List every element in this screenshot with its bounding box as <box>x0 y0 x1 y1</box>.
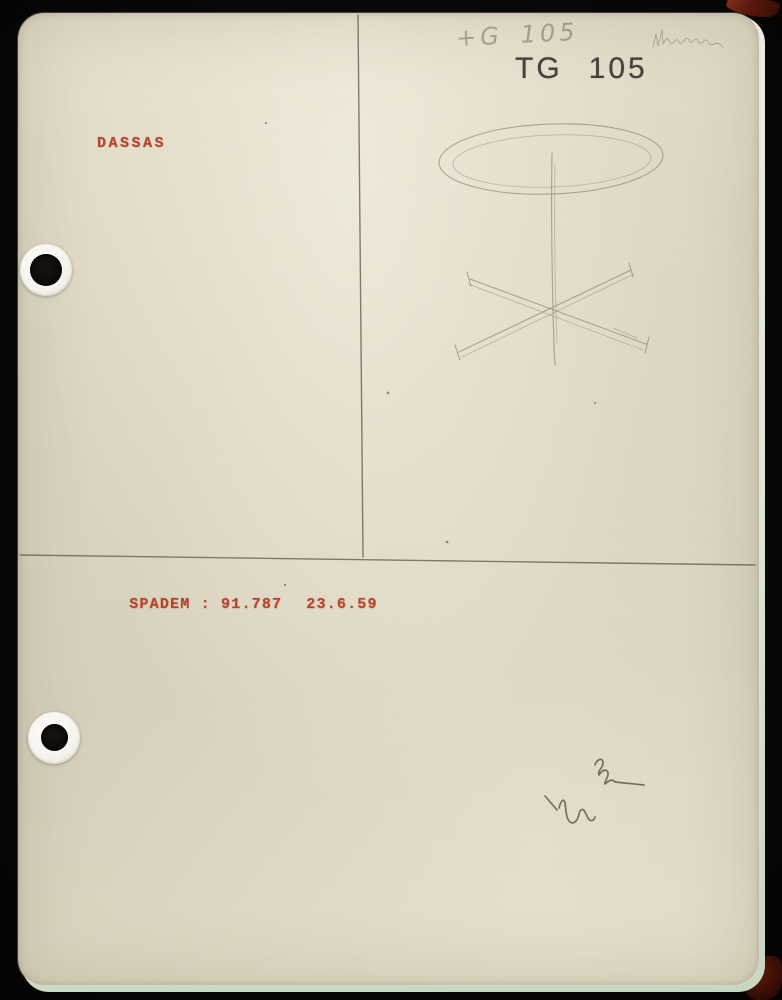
paper-specks <box>265 122 596 586</box>
cross-bar-1 <box>459 270 631 352</box>
hole-cutout <box>30 254 62 286</box>
pencil-annotation-prefix: +G <box>455 22 503 52</box>
pencil-scribble-1 <box>595 759 644 785</box>
pencil-annotation-number: 105 <box>520 18 579 49</box>
table-sketch <box>438 120 664 365</box>
archive-card: +G105 TG105 DASSAS SPADEM : 91.78723.6.5… <box>18 13 759 985</box>
stamp-number: 105 <box>589 52 648 85</box>
hole-cutout <box>41 724 68 751</box>
scan-background: +G105 TG105 DASSAS SPADEM : 91.78723.6.5… <box>0 0 782 1000</box>
rights-separator: : <box>190 596 221 613</box>
pencil-scribble-2 <box>545 796 595 823</box>
rights-date: 23.6.59 <box>306 596 377 613</box>
tabletop-outer-ellipse <box>438 120 664 198</box>
illegible-handwriting <box>653 30 723 47</box>
rights-agency: SPADEM <box>129 596 190 613</box>
card-markings <box>18 13 759 985</box>
section-divider-line <box>20 555 755 565</box>
rights-line: SPADEM : 91.78723.6.59 <box>68 579 378 630</box>
column-divider-line <box>358 15 363 557</box>
cross-bar-1-left-tick <box>455 345 460 360</box>
cross-bar-2-right-tick <box>645 337 649 353</box>
rights-number: 91.787 <box>221 596 282 613</box>
stamp-prefix: TG <box>515 52 563 85</box>
punch-hole-bottom <box>28 712 80 764</box>
cross-bar-1-second-stroke <box>462 274 634 357</box>
punch-hole-top <box>20 244 72 296</box>
stamp-label: TG105 <box>515 52 648 86</box>
artist-name-label: DASSAS <box>97 135 166 152</box>
